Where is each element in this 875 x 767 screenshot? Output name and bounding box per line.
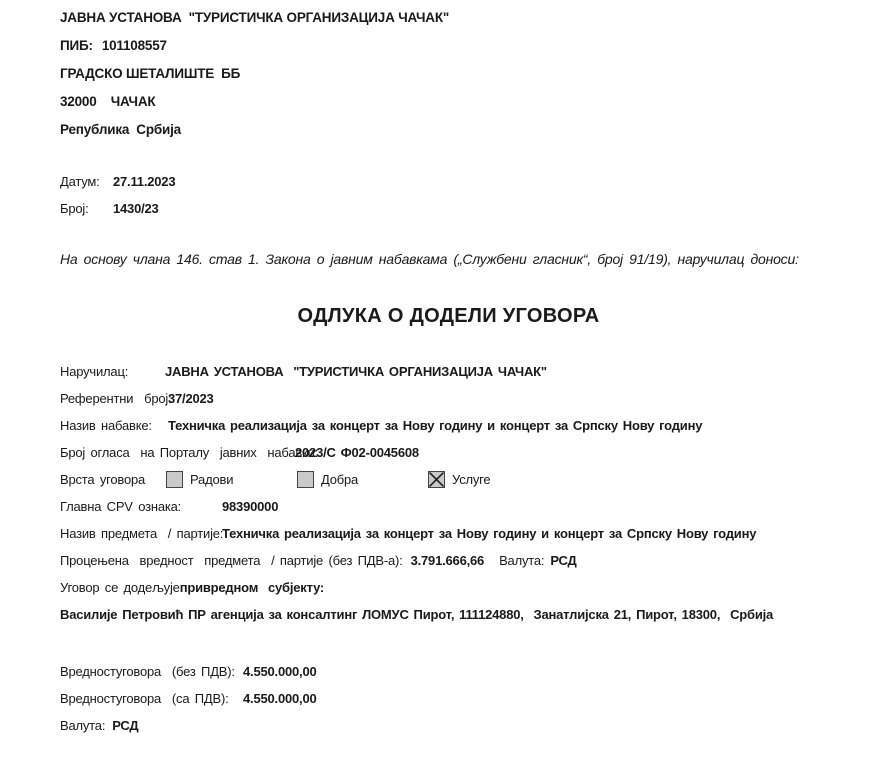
subject-label: Назив предмета / партије: [60,526,222,541]
estimated-currency-label: Валута: [499,553,544,568]
contract-type-label: Врста уговора [60,472,166,487]
document-title: ОДЛУКА О ДОДЕЛИ УГОВОРА [60,303,837,329]
checkbox-unchecked-icon[interactable] [297,471,314,488]
award-intro-row: Уговор се додељује привредном субјекту: [60,574,837,601]
checkbox-checked-icon[interactable] [428,471,445,488]
contract-type-option-label: Услуге [452,472,490,487]
supplier-row: Василије Петровић ПР агенција за консалт… [60,601,837,628]
number-value: 1430/23 [113,201,159,216]
contract-values-block: Вредностуговора (без ПДВ): 4.550.000,00 … [60,658,837,739]
client-row: Наручилац: ЈАВНА УСТАНОВА "ТУРИСТИЧКА ОР… [60,358,837,385]
number-row: Број: 1430/23 [60,195,837,222]
value-no-vat-label: Вредностуговора (без ПДВ): [60,664,243,679]
meta-block: Датум: 27.11.2023 Број: 1430/23 [60,168,837,222]
estimated-value-row: Процењена вредност предмета / партије (б… [60,547,837,574]
org-address: ГРАДСКО ШЕТАЛИШТЕ ББ [60,66,240,81]
document-page: ЈАВНА УСТАНОВА "ТУРИСТИЧКА ОРГАНИЗАЦИЈА … [0,0,875,739]
notice-number-row: Број огласа на Порталу јавних набавки: 2… [60,439,837,466]
currency-label: Валута: [60,718,105,733]
contract-type-options: РадовиДобраУслуге [166,471,490,488]
city-row: 32000 ЧАЧАК [60,87,837,115]
estimated-value: 3.791.666,66 [411,553,485,568]
notice-number-value: 2023/С Ф02-0045608 [295,445,419,460]
contract-type-option: Добра [297,471,428,488]
org-country: Република Србија [60,122,181,137]
date-value: 27.11.2023 [113,174,175,189]
contract-type-row: Врста уговора РадовиДобраУслуге [60,466,837,493]
reference-number-value: 37/2023 [168,391,214,406]
cpv-value: 98390000 [222,499,278,514]
number-label: Број: [60,201,113,216]
org-city: 32000 ЧАЧАК [60,94,155,109]
pib-value: 101108557 [102,38,167,53]
contract-type-option: Услуге [428,471,490,488]
supplier-name: Василије Петровић ПР агенција за консалт… [60,607,773,622]
currency-value: РСД [112,718,138,733]
pib-label: ПИБ: [60,38,93,53]
estimated-value-label: Процењена вредност предмета / партије (б… [60,553,403,568]
value-no-vat: 4.550.000,00 [243,664,317,679]
pib-row: ПИБ: 101108557 [60,31,837,59]
currency-row: Валута: РСД [60,712,837,739]
procurement-name-label: Назив набавке: [60,418,168,433]
award-intro-bold: привредном субјекту: [180,580,324,595]
client-value: ЈАВНА УСТАНОВА "ТУРИСТИЧКА ОРГАНИЗАЦИЈА … [165,364,547,379]
details-block: Наручилац: ЈАВНА УСТАНОВА "ТУРИСТИЧКА ОР… [60,358,837,628]
value-no-vat-row: Вредностуговора (без ПДВ): 4.550.000,00 [60,658,837,685]
contract-type-option: Радови [166,471,297,488]
client-label: Наручилац: [60,364,165,379]
notice-number-label: Број огласа на Порталу јавних набавки: [60,445,295,460]
contract-type-option-label: Радови [190,472,233,487]
estimated-currency-value: РСД [550,553,576,568]
date-row: Датум: 27.11.2023 [60,168,837,195]
reference-number-label: Референтни број: [60,391,168,406]
value-with-vat-row: Вредностуговора (са ПДВ): 4.550.000,00 [60,685,837,712]
award-intro-text: Уговор се додељује [60,580,180,595]
procurement-name-row: Назив набавке: Техничка реализација за к… [60,412,837,439]
value-with-vat-label: Вредностуговора (са ПДВ): [60,691,243,706]
value-with-vat: 4.550.000,00 [243,691,317,706]
date-label: Датум: [60,174,113,189]
org-name: ЈАВНА УСТАНОВА "ТУРИСТИЧКА ОРГАНИЗАЦИЈА … [60,10,449,25]
org-name-row: ЈАВНА УСТАНОВА "ТУРИСТИЧКА ОРГАНИЗАЦИЈА … [60,3,837,31]
subject-row: Назив предмета / партије: Техничка реали… [60,520,837,547]
country-row: Република Србија [60,115,837,143]
reference-number-row: Референтни број: 37/2023 [60,385,837,412]
legal-basis-paragraph: На основу члана 146. став 1. Закона о ја… [60,249,837,269]
procurement-name-value: Техничка реализација за концерт за Нову … [168,418,702,433]
checkbox-unchecked-icon[interactable] [166,471,183,488]
contract-type-option-label: Добра [321,472,358,487]
cpv-label: Главна CPV ознака: [60,499,222,514]
address-row: ГРАДСКО ШЕТАЛИШТЕ ББ [60,59,837,87]
letterhead: ЈАВНА УСТАНОВА "ТУРИСТИЧКА ОРГАНИЗАЦИЈА … [60,3,837,143]
subject-value: Техничка реализација за концерт за Нову … [222,526,756,541]
cpv-row: Главна CPV ознака: 98390000 [60,493,837,520]
